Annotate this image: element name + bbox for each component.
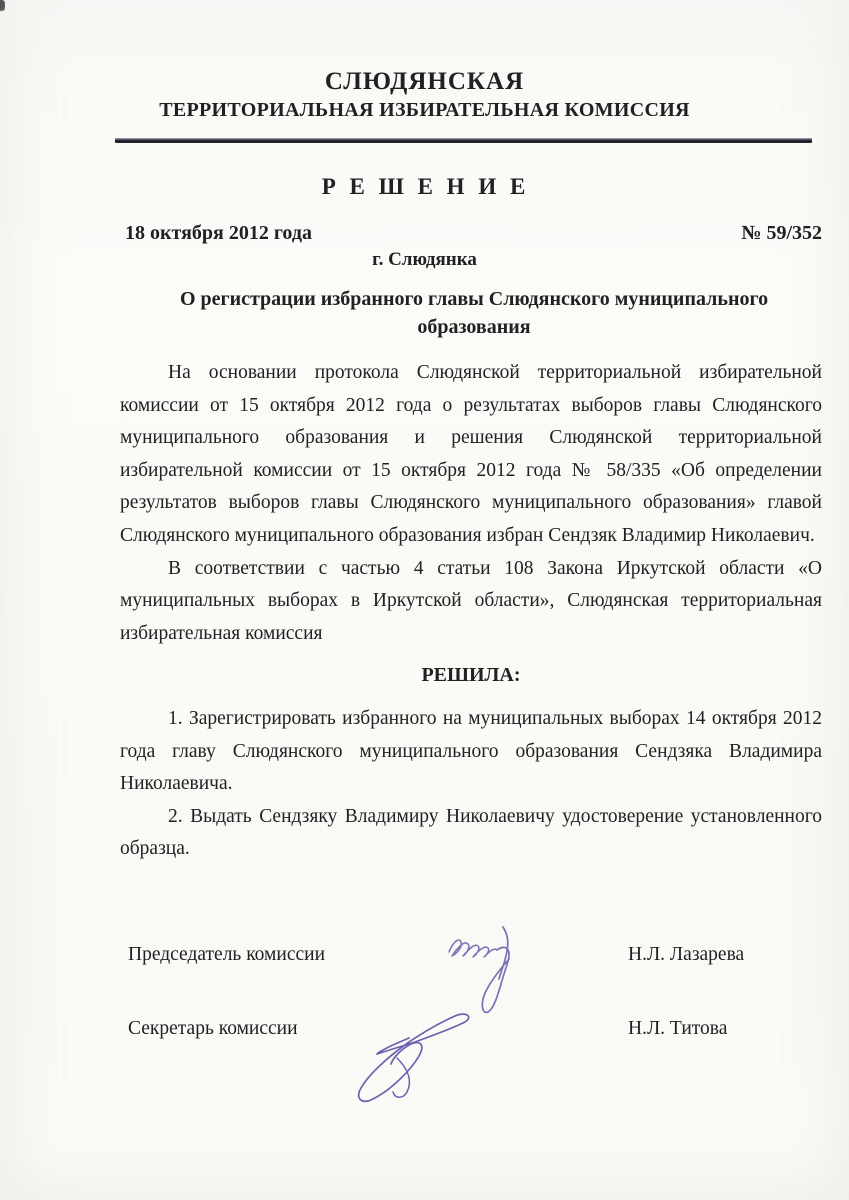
paragraph-preamble-1: На основании протокола Слюдянской террит… <box>120 357 822 553</box>
document-number: № 59/352 <box>741 222 822 245</box>
secretary-role-label: Секретарь комиссии <box>128 1018 298 1040</box>
signature-row-secretary: Секретарь комиссии Н.Л. Титова <box>128 1018 768 1040</box>
document-body: На основании протокола Слюдянской террит… <box>120 357 822 866</box>
resolved-heading: РЕШИЛА: <box>120 659 822 692</box>
scanned-decision-document: СЛЮДЯНСКАЯ ТЕРРИТОРИАЛЬНАЯ ИЗБИРАТЕЛЬНАЯ… <box>0 0 849 1200</box>
paragraph-preamble-2: В соответствии с частью 4 статьи 108 Зак… <box>120 553 822 651</box>
scan-artifact-left <box>0 0 4 9</box>
resolution-item-1: 1. Зарегистрировать избранного на муници… <box>120 703 822 801</box>
document-place: г. Слюдянка <box>0 249 849 271</box>
chairman-name: Н.Л. Лазарева <box>628 944 768 966</box>
chairman-role-label: Председатель комиссии <box>128 944 325 966</box>
signature-row-chairman: Председатель комиссии Н.Л. Лазарева <box>128 944 768 966</box>
document-title: О регистрации избранного главы Слюдянско… <box>124 285 824 341</box>
organization-name: СЛЮДЯНСКАЯ <box>0 68 849 96</box>
chairman-handwritten-signature <box>443 918 543 1023</box>
document-type-heading: Р Е Ш Е Н И Е <box>0 174 849 200</box>
document-title-text: О регистрации избранного главы Слюдянско… <box>162 285 787 341</box>
organization-subtitle: ТЕРРИТОРИАЛЬНАЯ ИЗБИРАТЕЛЬНАЯ КОМИССИЯ <box>0 99 849 122</box>
document-header: СЛЮДЯНСКАЯ ТЕРРИТОРИАЛЬНАЯ ИЗБИРАТЕЛЬНАЯ… <box>0 68 849 122</box>
document-meta-row: 18 октября 2012 года № 59/352 <box>125 222 822 245</box>
resolution-item-2: 2. Выдать Сендзяку Владимиру Николаевичу… <box>120 801 822 866</box>
header-divider-rule <box>115 138 812 143</box>
secretary-name: Н.Л. Титова <box>628 1018 768 1040</box>
document-date: 18 октября 2012 года <box>125 222 312 245</box>
